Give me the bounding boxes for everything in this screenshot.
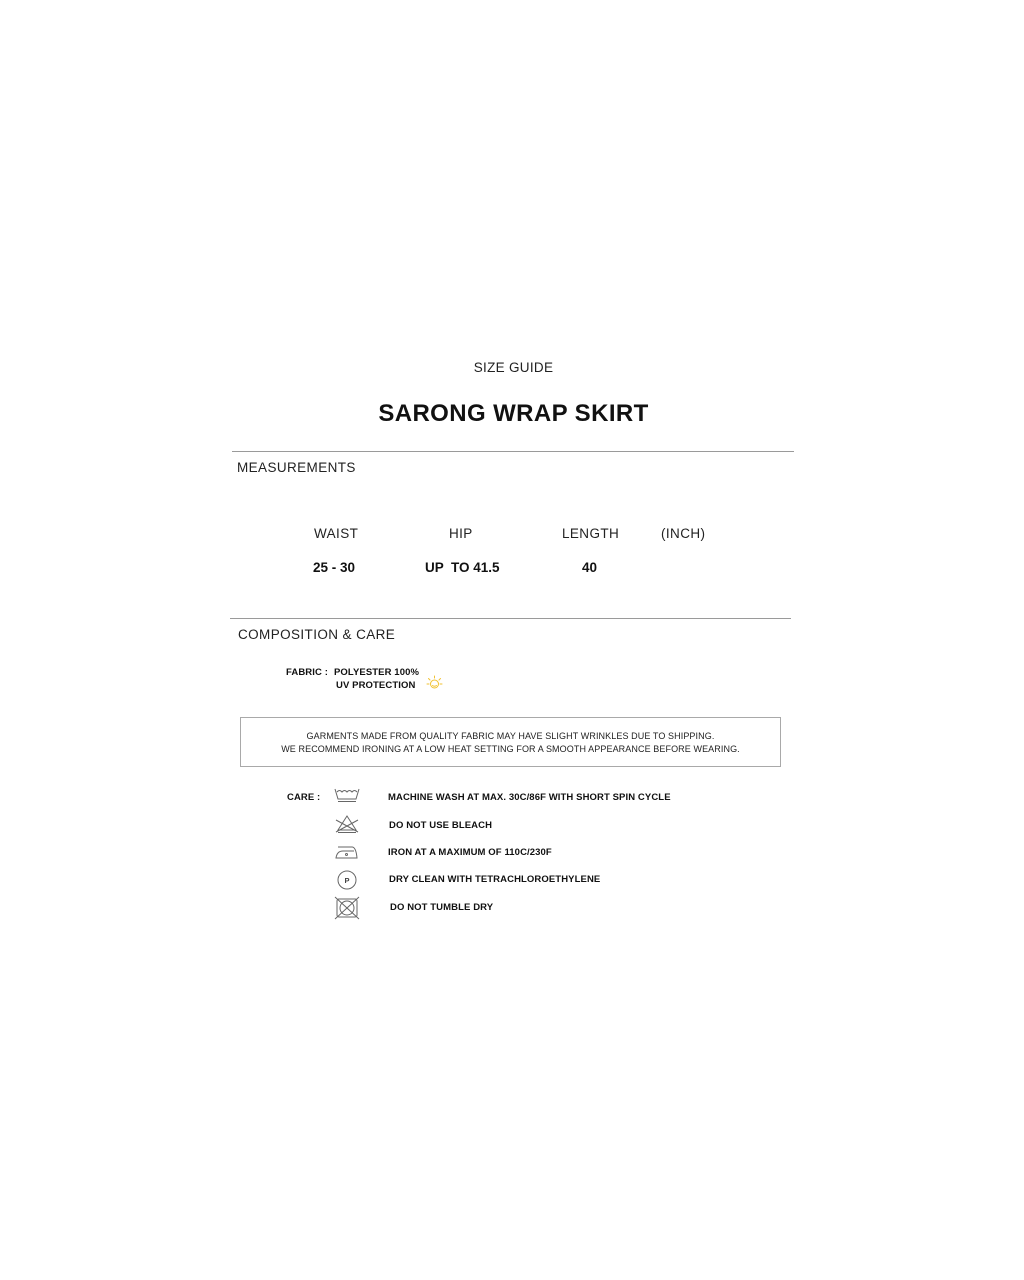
divider-middle	[230, 618, 791, 619]
fabric-label: FABRIC :	[286, 667, 328, 678]
column-unit: (INCH)	[661, 526, 705, 541]
care-instruction-bleach: DO NOT USE BLEACH	[389, 820, 492, 831]
measurements-heading: MEASUREMENTS	[237, 460, 356, 475]
column-hip: HIP	[449, 526, 473, 541]
product-title: SARONG WRAP SKIRT	[0, 400, 1024, 428]
value-length: 40	[582, 560, 597, 575]
sun-icon	[426, 675, 443, 692]
value-waist: 25 - 30	[313, 560, 355, 575]
wash-tub-icon	[334, 787, 360, 805]
care-instruction-dry-clean: DRY CLEAN WITH TETRACHLOROETHYLENE	[389, 874, 600, 885]
fabric-value: POLYESTER 100%	[334, 667, 419, 678]
column-waist: WAIST	[314, 526, 358, 541]
dry-clean-p-icon: P	[336, 869, 358, 891]
ironing-notice: GARMENTS MADE FROM QUALITY FABRIC MAY HA…	[240, 717, 781, 767]
no-bleach-icon	[334, 814, 360, 834]
care-label: CARE :	[287, 792, 320, 803]
value-hip: UP TO 41.5	[425, 560, 500, 575]
notice-line-2: WE RECOMMEND IRONING AT A LOW HEAT SETTI…	[241, 743, 780, 756]
size-guide-eyebrow: SIZE GUIDE	[0, 360, 1024, 375]
no-tumble-dry-icon	[334, 896, 360, 920]
care-instruction-wash: MACHINE WASH AT MAX. 30C/86F WITH SHORT …	[388, 792, 671, 803]
iron-icon	[334, 842, 360, 862]
care-instruction-iron: IRON AT A MAXIMUM OF 110C/230F	[388, 847, 552, 858]
svg-text:P: P	[344, 876, 349, 885]
care-instruction-tumble: DO NOT TUMBLE DRY	[390, 902, 493, 913]
column-length: LENGTH	[562, 526, 619, 541]
divider-top	[232, 451, 794, 452]
uv-protection-text: UV PROTECTION	[336, 680, 415, 691]
notice-line-1: GARMENTS MADE FROM QUALITY FABRIC MAY HA…	[241, 730, 780, 743]
composition-heading: COMPOSITION & CARE	[238, 627, 395, 642]
